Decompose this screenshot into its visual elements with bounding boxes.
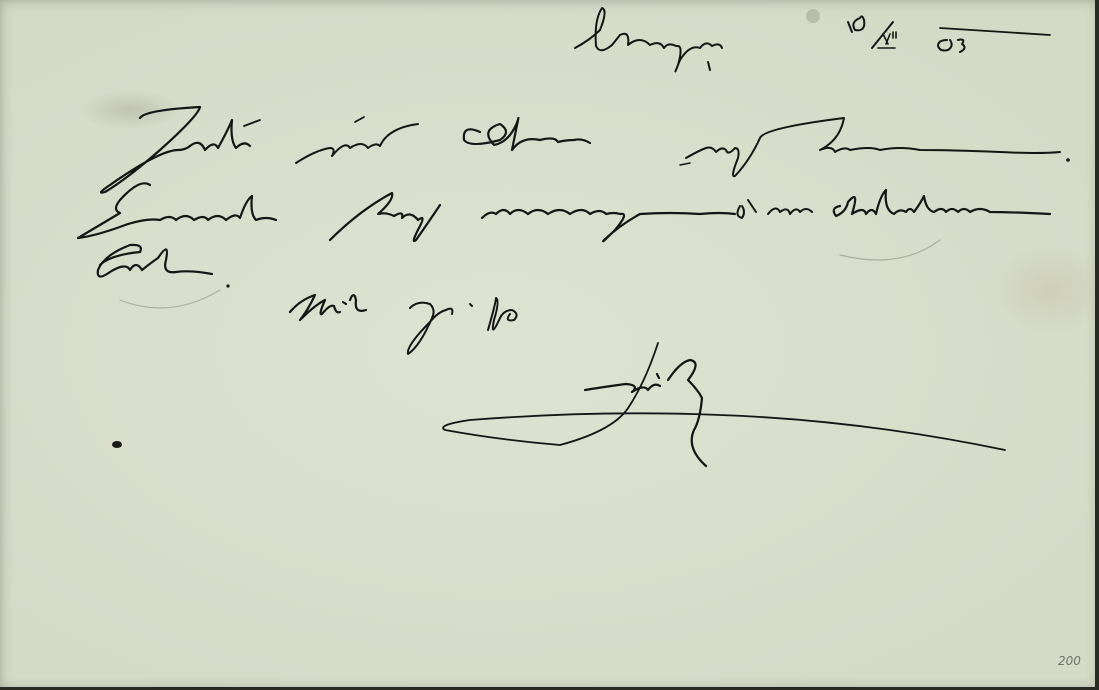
postmark-ghost <box>0 0 1099 690</box>
pencil-number: 200 <box>1058 654 1081 668</box>
paper-spot <box>806 9 820 23</box>
postcard: Shanghai, 10/XII. 03. Heute mit Chefoo a… <box>0 0 1099 690</box>
card-edge <box>1095 0 1099 690</box>
handwriting-strokes <box>0 0 1099 690</box>
ink-speck <box>112 441 122 448</box>
